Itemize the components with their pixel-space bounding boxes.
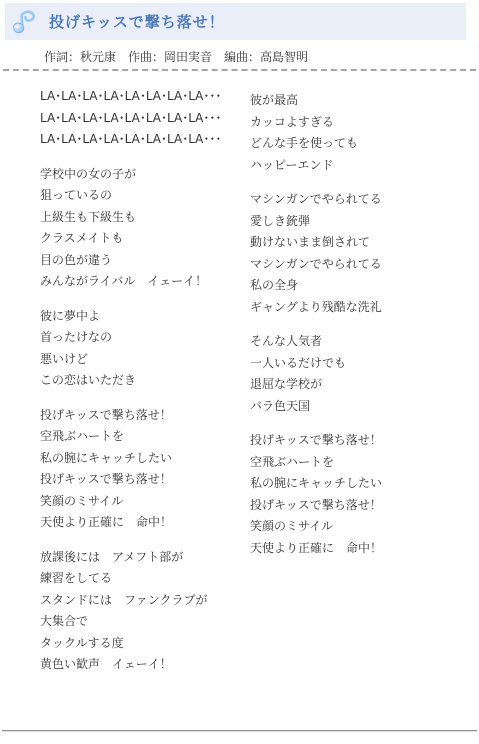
- lyrics-page: 投げキッスで撃ち落せ！ 作詞：秋元康 作曲：岡田実音 編曲：高島智明 LA･LA…: [0, 0, 479, 744]
- page-title: 投げキッスで撃ち落せ！: [49, 11, 225, 32]
- lyric-line: そんな人気者: [250, 331, 382, 353]
- lyric-line: マシンガンでやられてる: [250, 254, 382, 276]
- lyric-line: 投げキッスで撃ち落せ！: [250, 495, 382, 517]
- lyric-line: 動けないまま倒されて: [250, 232, 382, 254]
- lyrics-stanza: 彼が最高カッコよすぎるどんな手を使ってもハッピーエンド: [250, 90, 382, 176]
- lyric-line: 練習をしてる: [40, 568, 221, 590]
- lyric-line: ハッピーエンド: [250, 155, 382, 177]
- lyric-line: 彼が最高: [250, 90, 382, 112]
- lyric-line: 投げキッスで撃ち落せ！: [40, 405, 221, 427]
- lyric-line: LA･LA･LA･LA･LA･LA･LA･LA･･･: [40, 86, 221, 108]
- lyric-line: 笑顔のミサイル: [250, 516, 382, 538]
- lyric-line: LA･LA･LA･LA･LA･LA･LA･LA･･･: [40, 108, 221, 130]
- lyric-line: マシンガンでやられてる: [250, 189, 382, 211]
- lyrics-column-left: LA･LA･LA･LA･LA･LA･LA･LA･･･LA･LA･LA･LA･LA…: [40, 86, 221, 689]
- lyric-line: ギャングより残酷な洗礼: [250, 297, 382, 319]
- lyric-line: 放課後には アメフト部が: [40, 547, 221, 569]
- lyric-line: この恋はいただき: [40, 370, 221, 392]
- lyric-line: 私の腕にキャッチしたい: [40, 448, 221, 470]
- lyrics-stanza: 投げキッスで撃ち落せ！空飛ぶハートを私の腕にキャッチしたい投げキッスで撃ち落せ！…: [40, 405, 221, 534]
- lyric-line: クラスメイトも: [40, 228, 221, 250]
- lyrics-stanza: 学校中の女の子が狙っているの上級生も下級生もクラスメイトも目の色が違うみんながラ…: [40, 164, 221, 293]
- lyric-line: 目の色が違う: [40, 250, 221, 272]
- lyric-line: 狙っているの: [40, 185, 221, 207]
- lyric-line: LA･LA･LA･LA･LA･LA･LA･LA･･･: [40, 129, 221, 151]
- lyrics-stanza: 投げキッスで撃ち落せ！空飛ぶハートを私の腕にキャッチしたい投げキッスで撃ち落せ！…: [250, 430, 382, 559]
- lyric-line: 彼に夢中よ: [40, 306, 221, 328]
- lyric-line: 上級生も下級生も: [40, 207, 221, 229]
- lyric-line: 天使より正確に 命中！: [40, 512, 221, 534]
- lyric-line: スタンドには ファンクラブが: [40, 590, 221, 612]
- dashed-divider: [3, 69, 476, 71]
- lyrics-stanza: マシンガンでやられてる愛しき銃弾動けないまま倒されてマシンガンでやられてる私の全…: [250, 189, 382, 318]
- music-note-icon: [10, 8, 38, 36]
- lyric-line: どんな手を使っても: [250, 133, 382, 155]
- lyrics-stanza: 放課後には アメフト部が練習をしてるスタンドには ファンクラブが大集合でタックル…: [40, 547, 221, 676]
- lyric-line: 首ったけなの: [40, 327, 221, 349]
- lyric-line: 笑顔のミサイル: [40, 491, 221, 513]
- lyric-line: みんながライバル イェーイ！: [40, 271, 221, 293]
- lyric-line: 学校中の女の子が: [40, 164, 221, 186]
- lyric-line: 投げキッスで撃ち落せ！: [40, 469, 221, 491]
- lyric-line: 私の全身: [250, 275, 382, 297]
- lyric-line: 一人いるだけでも: [250, 353, 382, 375]
- title-bar: 投げキッスで撃ち落せ！: [5, 3, 466, 40]
- lyric-line: 私の腕にキャッチしたい: [250, 473, 382, 495]
- lyric-line: 空飛ぶハートを: [250, 452, 382, 474]
- lyric-line: バラ色天国: [250, 396, 382, 418]
- lyrics-column-right: 彼が最高カッコよすぎるどんな手を使ってもハッピーエンドマシンガンでやられてる愛し…: [250, 90, 382, 572]
- lyric-line: 悪いけど: [40, 349, 221, 371]
- lyric-line: 投げキッスで撃ち落せ！: [250, 430, 382, 452]
- lyric-line: 大集合で: [40, 611, 221, 633]
- lyric-line: カッコよすぎる: [250, 112, 382, 134]
- lyric-line: 空飛ぶハートを: [40, 426, 221, 448]
- credits-line: 作詞：秋元康 作曲：岡田実音 編曲：高島智明: [44, 48, 308, 65]
- bottom-divider: [2, 730, 477, 732]
- lyric-line: 退屈な学校が: [250, 374, 382, 396]
- lyrics-stanza: LA･LA･LA･LA･LA･LA･LA･LA･･･LA･LA･LA･LA･LA…: [40, 86, 221, 151]
- lyrics-stanza: そんな人気者一人いるだけでも退屈な学校がバラ色天国: [250, 331, 382, 417]
- lyrics-stanza: 彼に夢中よ首ったけなの悪いけどこの恋はいただき: [40, 306, 221, 392]
- lyric-line: 天使より正確に 命中！: [250, 538, 382, 560]
- lyric-line: タックルする度: [40, 633, 221, 655]
- lyric-line: 愛しき銃弾: [250, 211, 382, 233]
- lyric-line: 黄色い歓声 イェーイ！: [40, 654, 221, 676]
